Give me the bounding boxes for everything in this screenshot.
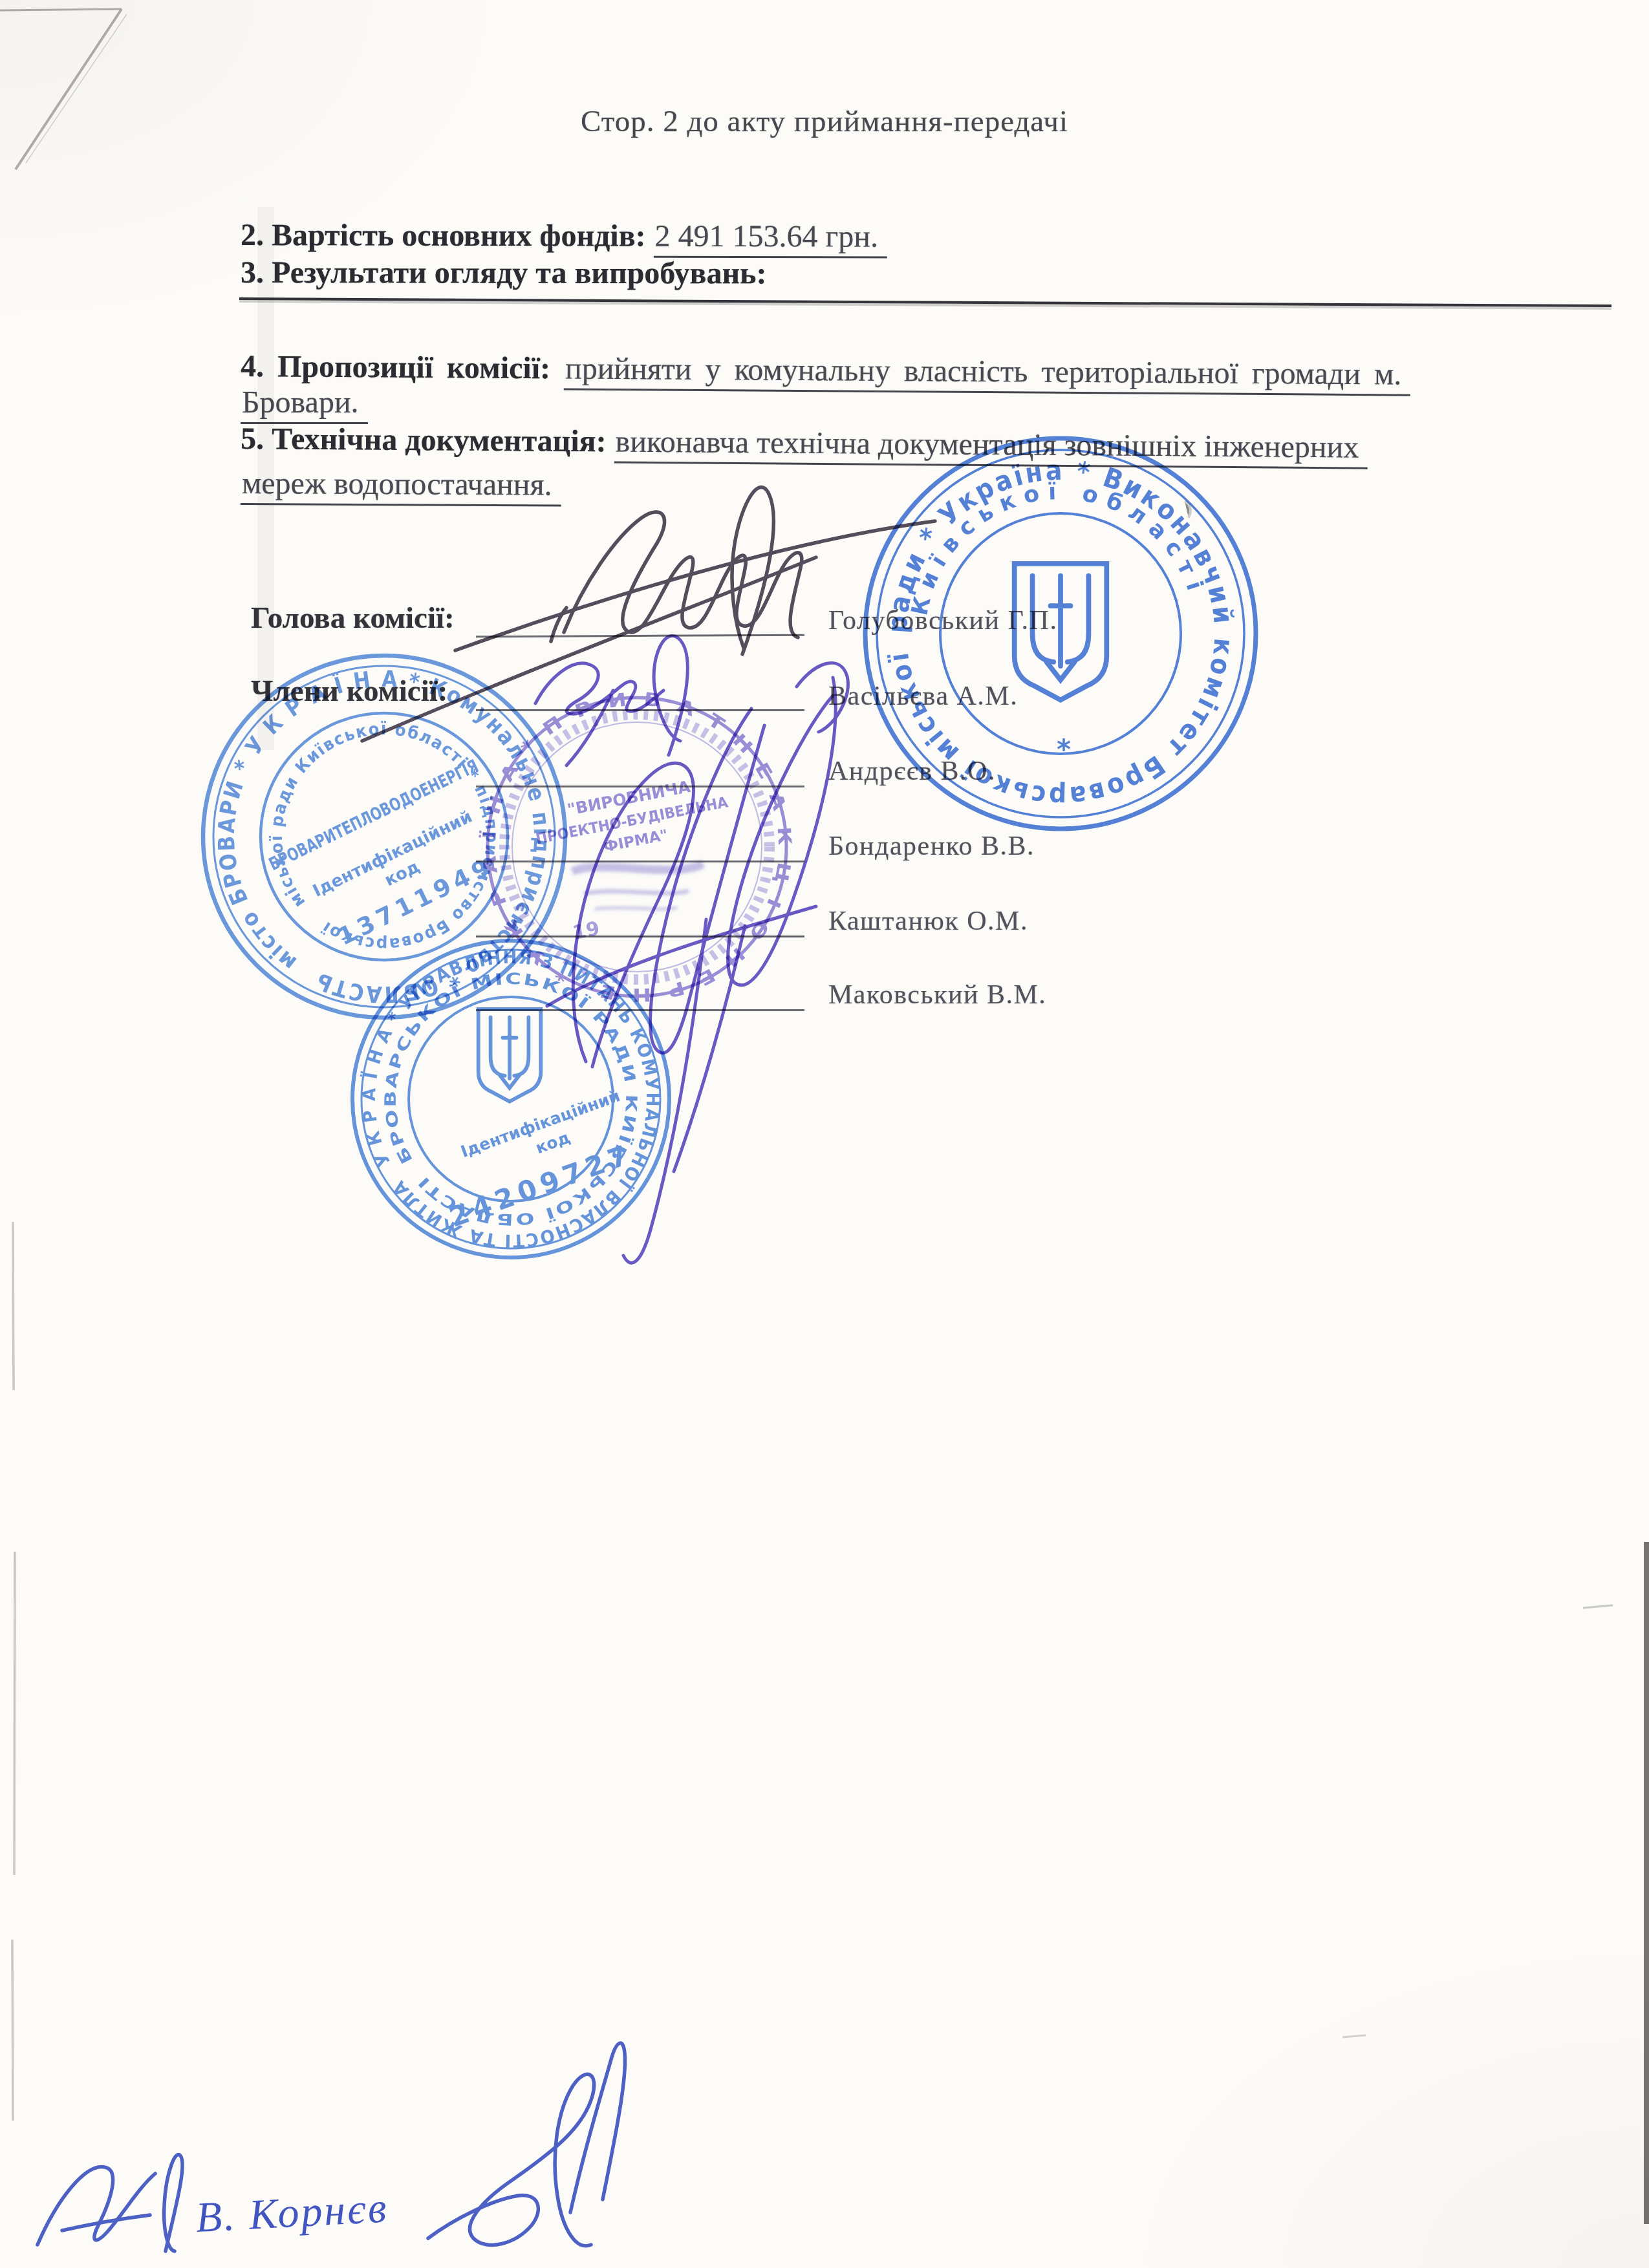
bottom-signature-left (38, 2155, 182, 2251)
blank-rule-line (239, 297, 1611, 307)
stamp1-star: * (1057, 734, 1071, 765)
scan-edge-shadow (1644, 1542, 1649, 2224)
item-5-line-2: мереж водопостачання. (241, 467, 561, 502)
tryzub-emblem (479, 1009, 541, 1102)
ink-overlay: В. Корнєв (0, 0, 1649, 2268)
stamp4-illegible-name (572, 864, 703, 909)
item-5-label: 5. Технічна документація: (241, 422, 607, 458)
bottom-signature-right (428, 2043, 625, 2246)
item-4-line-2: Бровари. (241, 386, 368, 420)
item-3-label: 3. Результати огляду та випробувань: (241, 255, 767, 290)
chairman-label: Голова комісії: (251, 601, 455, 636)
item-4-label: 4. Пропозиції комісії: (241, 349, 550, 385)
page-title: Стор. 2 до акту приймання-передачі (0, 104, 1649, 139)
item-4-value-1: прийняти у комунальну власність територі… (564, 351, 1411, 396)
item-4-line-1: 4. Пропозиції комісії: прийняти у комуна… (241, 350, 1411, 392)
item-2-value: 2 491 153.64 грн. (654, 219, 888, 259)
tryzub-emblem (1015, 564, 1107, 700)
stamp-communal-property-office: У К Р А Ї Н А * УПРАВЛІННЯ З ПИТАНЬ КОМУ… (336, 925, 685, 1274)
scan-crease (0, 9, 127, 169)
signature-line (476, 634, 804, 638)
item-4-value-2: Бровари. (241, 385, 368, 424)
item-2-line: 2. Вартість основних фондів: 2 491 153.6… (241, 219, 887, 254)
item-2-label: 2. Вартість основних фондів: (241, 218, 646, 253)
member-name: Маковський В.М. (828, 979, 1046, 1011)
item-3-line: 3. Результати огляду та випробувань: (241, 256, 767, 291)
handwritten-note: В. Корнєв (195, 2184, 389, 2241)
member-name: Каштанюк О.М. (828, 906, 1028, 937)
item-5-value-2: мереж водопостачання. (241, 466, 561, 507)
scan-edge-streaks (12, 1222, 15, 2121)
stamp-executive-committee: ради * Україна * Виконавчий комітет Бров… (847, 420, 1274, 847)
scanned-document-page: Стор. 2 до акту приймання-передачі 2. Ва… (0, 0, 1649, 2268)
